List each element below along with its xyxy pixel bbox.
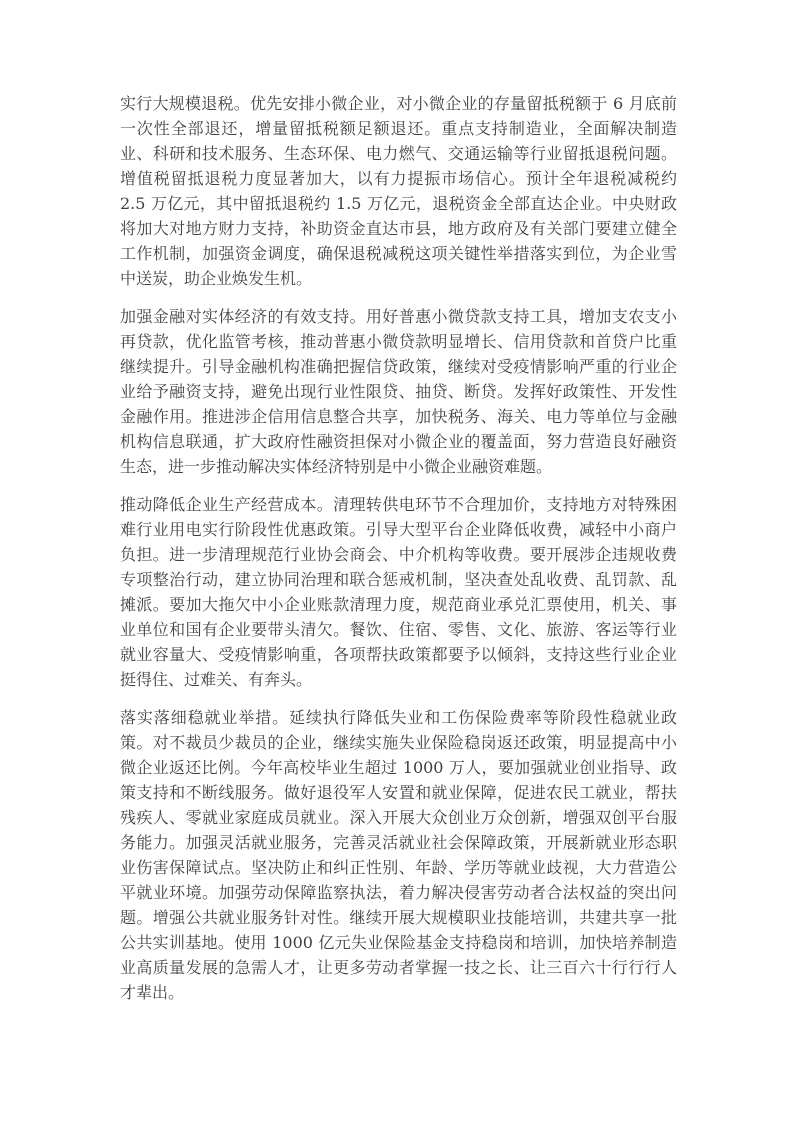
paragraph-tax-rebates: 实行大规模退税。优先安排小微企业，对小微企业的存量留抵税额于 6 月底前一次性全… (120, 91, 677, 291)
paragraph-cost-reduction: 推动降低企业生产经营成本。清理转供电环节不合理加价，支持地方对特殊困难行业用电实… (120, 492, 677, 692)
paragraph-financial-support: 加强金融对实体经济的有效支持。用好普惠小微贷款支持工具，增加支农支小再贷款，优化… (120, 304, 677, 479)
text-column: 实行大规模退税。优先安排小微企业，对小微企业的存量留抵税额于 6 月底前一次性全… (120, 91, 677, 1005)
paragraph-employment-stabilization: 落实落细稳就业举措。延续执行降低失业和工伤保险费率等阶段性稳就业政策。对不裁员少… (120, 705, 677, 1005)
document-page: 实行大规模退税。优先安排小微企业，对小微企业的存量留抵税额于 6 月底前一次性全… (0, 0, 793, 1122)
